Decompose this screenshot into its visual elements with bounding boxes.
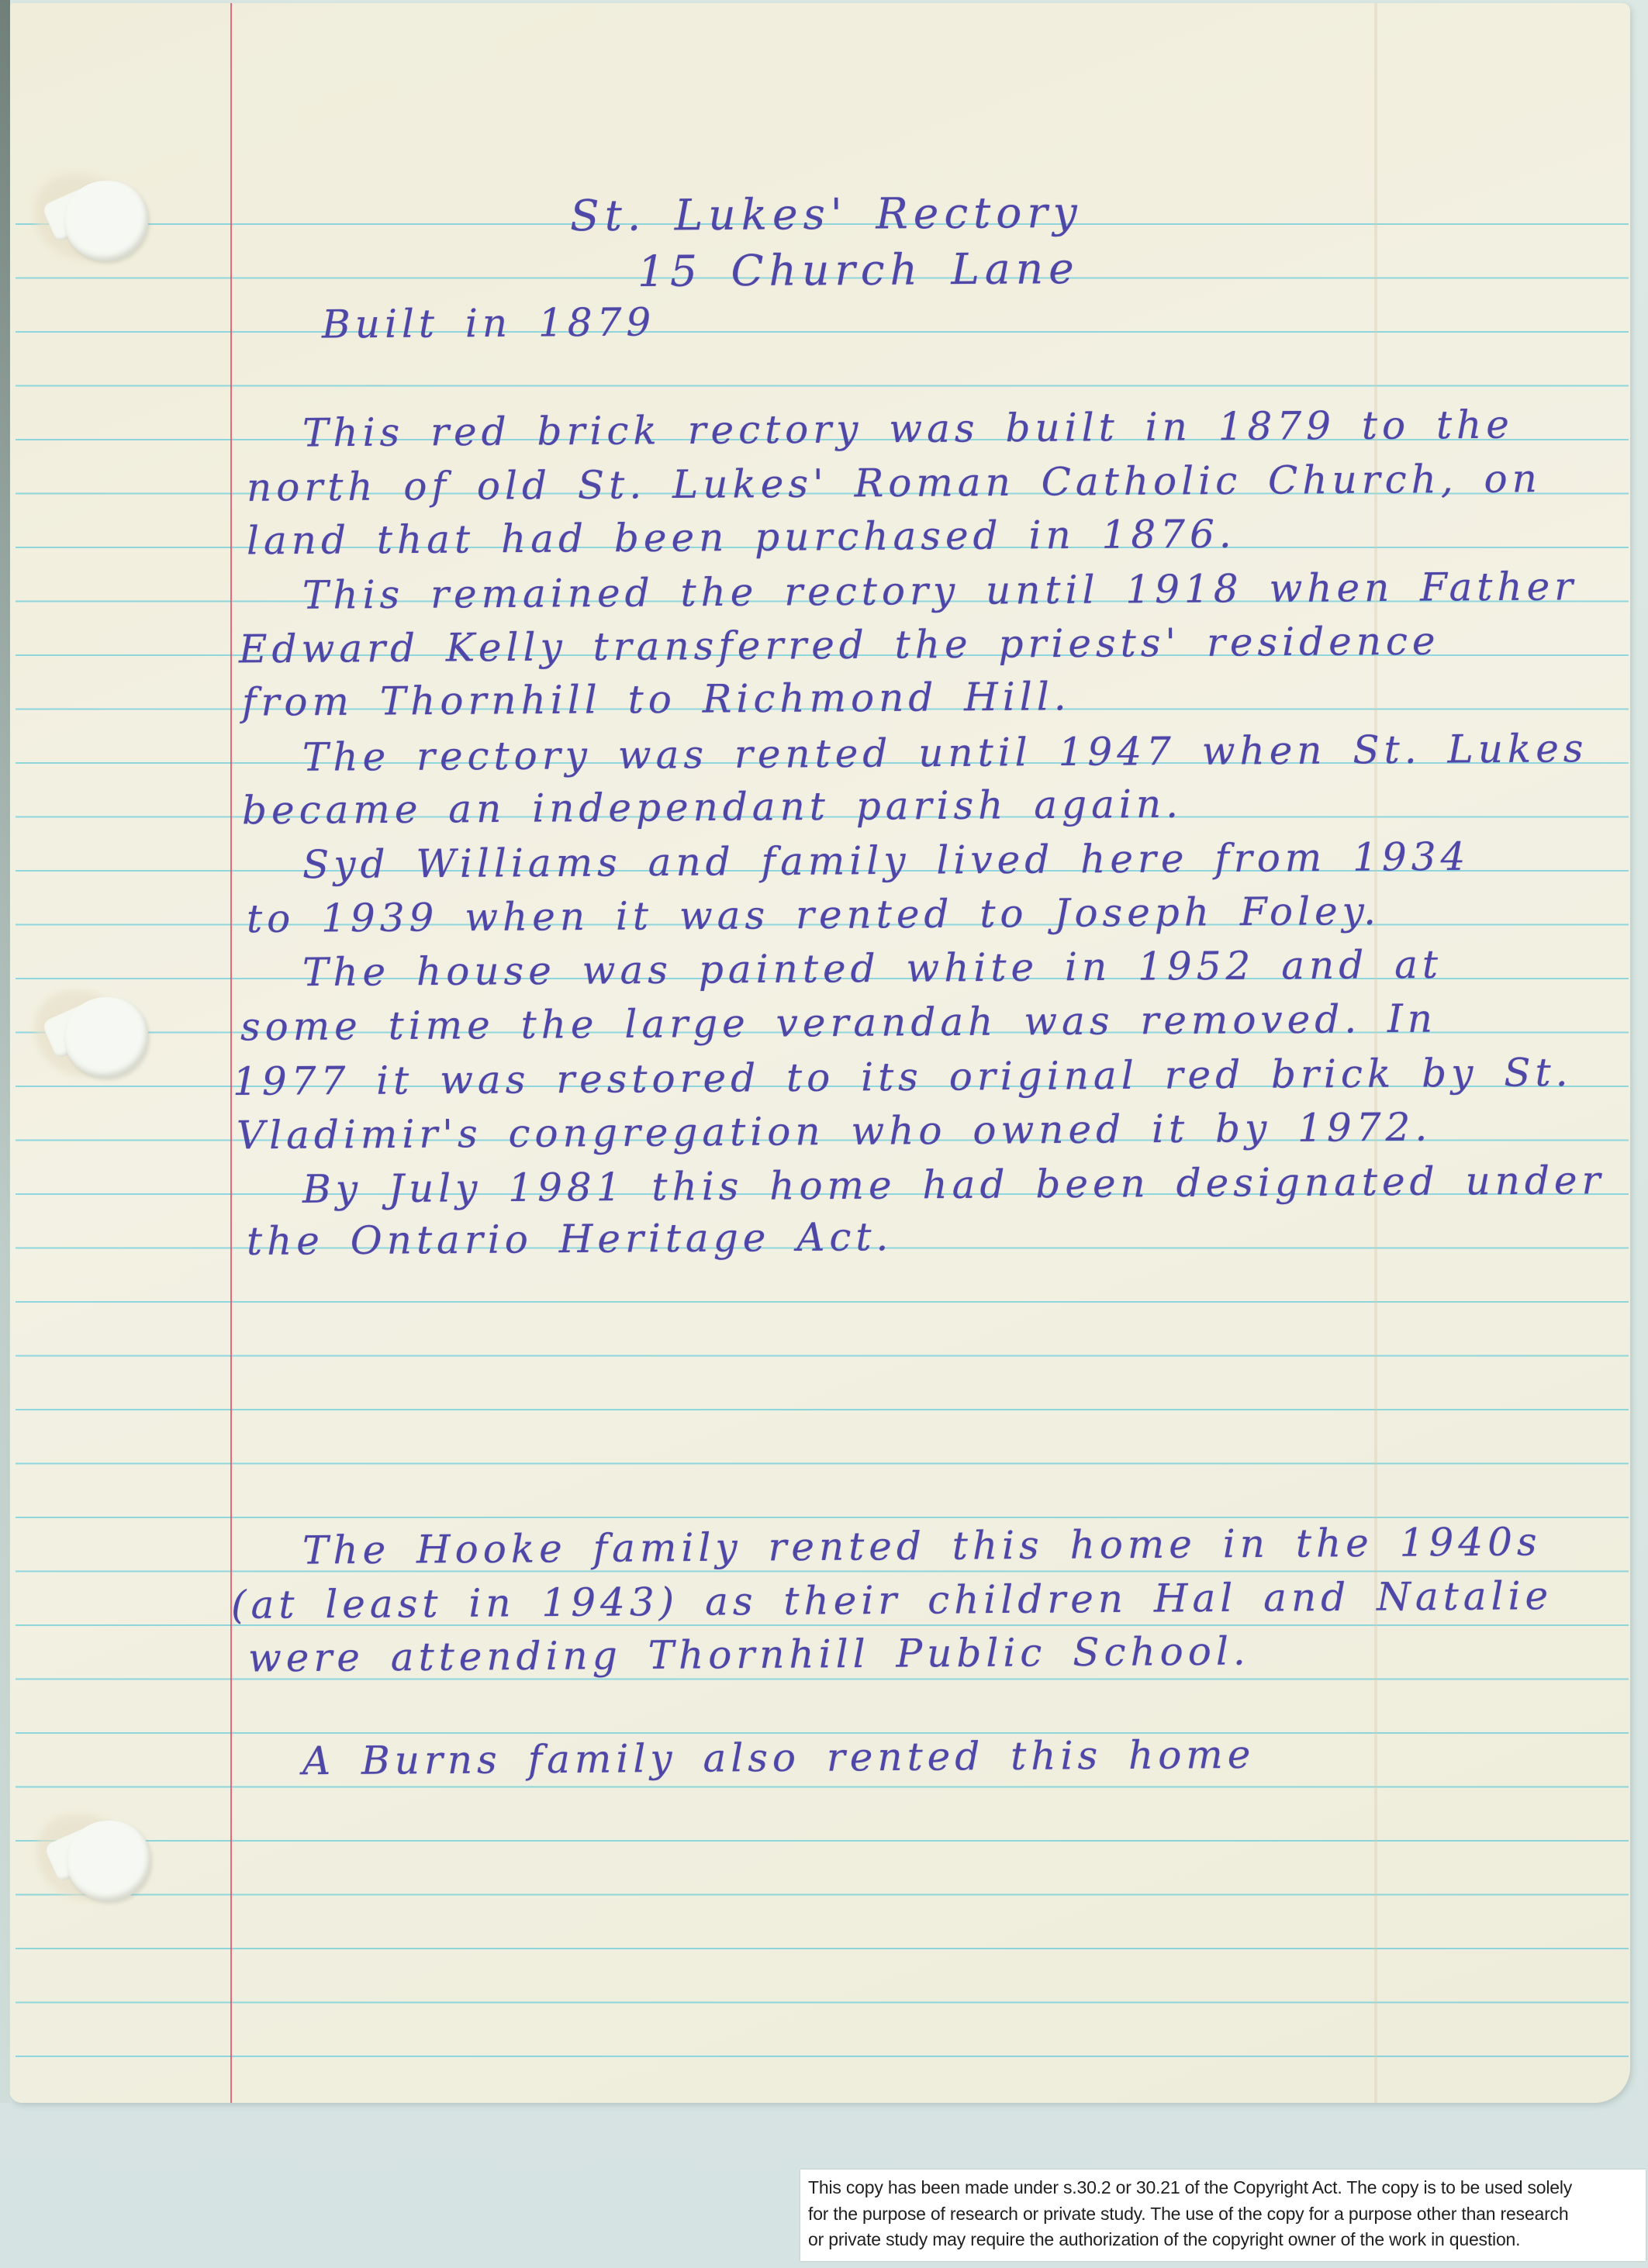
title-line: St. Lukes' Rectory [570, 188, 1083, 241]
hole-blob [67, 1821, 150, 1901]
stamp-text-line: This copy has been made under s.30.2 or … [808, 2175, 1638, 2201]
stamp-text-line: for the purpose of research or private s… [808, 2201, 1638, 2228]
handwritten-line: The Hooke family rented this home in the… [302, 1519, 1542, 1572]
handwritten-line: The rectory was rented until 1947 when S… [302, 726, 1588, 780]
paper-left-edge-shadow [0, 0, 10, 2103]
handwritten-line: By July 1981 this home had been designat… [302, 1158, 1605, 1212]
handwritten-line: Vladimir's congregation who owned it by … [237, 1105, 1432, 1158]
handwritten-line: to 1939 when it was rented to Joseph Fol… [247, 889, 1380, 941]
handwritten-line: land that had been purchased in 1876. [247, 512, 1236, 564]
handwritten-line: from Thornhill to Richmond Hill. [242, 674, 1071, 724]
handwritten-line: (at least in 1943) as their children Hal… [231, 1573, 1553, 1628]
handwritten-line: Edward Kelly transferred the priests' re… [239, 619, 1440, 672]
hole-blob [64, 997, 148, 1078]
hole-punch-top [35, 167, 159, 283]
handwritten-line: This remained the rectory until 1918 whe… [302, 564, 1577, 617]
handwritten-line: the Ontario Heritage Act. [247, 1214, 893, 1264]
handwritten-line: 1977 it was restored to its original red… [233, 1050, 1573, 1104]
handwritten-line: some time the large verandah was removed… [240, 996, 1437, 1050]
handwritten-line: The house was painted white in 1952 and … [302, 942, 1442, 995]
handwritten-line: became an independant parish again. [242, 782, 1183, 833]
address-line: 15 Church Lane [637, 243, 1080, 296]
hole-punch-middle [35, 983, 159, 1099]
stamp-text-line: or private study may require the authori… [808, 2227, 1638, 2253]
handwritten-line: were attending Thornhill Public School. [248, 1628, 1250, 1680]
handwritten-line: Syd Williams and family lived here from … [302, 834, 1470, 888]
handwritten-line: This red brick rectory was built in 1879… [302, 402, 1514, 456]
copyright-stamp: This copy has been made under s.30.2 or … [800, 2170, 1646, 2261]
hole-punch-bottom [37, 1807, 161, 1923]
handwritten-line: A Burns family also rented this home [302, 1732, 1256, 1784]
handwritten-line: north of old St. Lukes' Roman Catholic C… [247, 456, 1542, 510]
hole-blob [64, 181, 148, 261]
built-year-line: Built in 1879 [322, 299, 656, 347]
scanned-handwritten-page: { "document": { "heading": [ "St. Lukes'… [0, 0, 1648, 2268]
margin-line [230, 3, 232, 2103]
